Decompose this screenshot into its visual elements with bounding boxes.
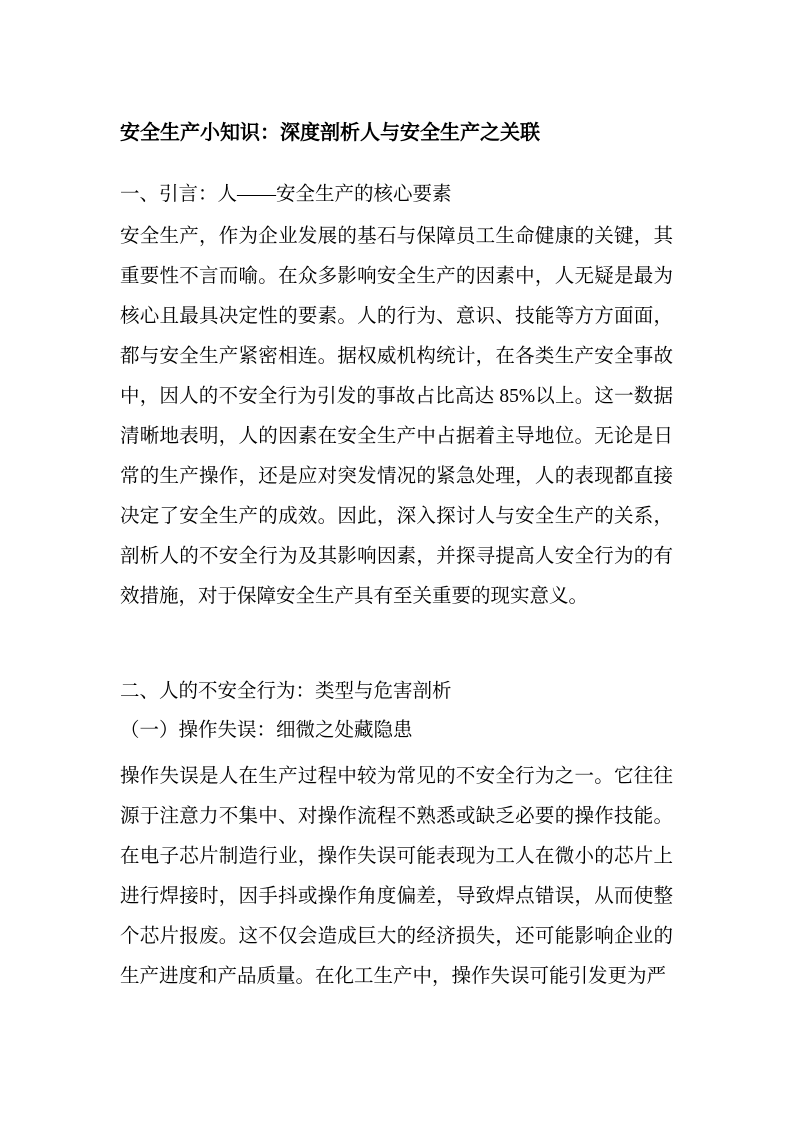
section-2-heading: 二、人的不安全行为：类型与危害剖析 (120, 677, 673, 706)
document-page: 安全生产小知识：深度剖析人与安全生产之关联 一、引言：人——安全生产的核心要素 … (0, 0, 793, 1122)
section-1-heading: 一、引言：人——安全生产的核心要素 (120, 180, 673, 209)
section-2-subheading: （一）操作失误：细微之处藏隐患 (120, 716, 673, 745)
section-1-paragraph: 安全生产，作为企业发展的基石与保障员工生命健康的关键，其重要性不言而喻。在众多影… (120, 217, 673, 617)
section-2-paragraph: 操作失误是人在生产过程中较为常见的不安全行为之一。它往往源于注意力不集中、对操作… (120, 757, 673, 997)
document-title: 安全生产小知识：深度剖析人与安全生产之关联 (120, 120, 673, 146)
